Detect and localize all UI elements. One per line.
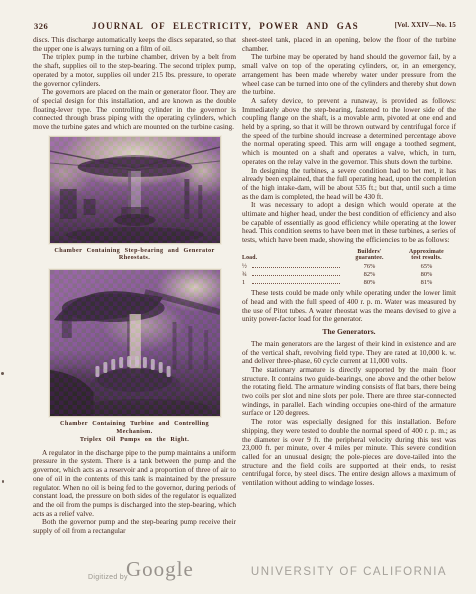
machinery-illustration	[50, 270, 220, 416]
column-header-load: Load.	[242, 255, 342, 261]
dotted-leader	[252, 283, 340, 284]
paragraph: The governors are placed on the main or …	[33, 88, 236, 132]
left-column: discs. This discharge automatically keep…	[33, 36, 236, 536]
figure2-caption: Chamber Containing Turbine and Controlli…	[49, 420, 221, 435]
journal-title: JOURNAL OF ELECTRICITY, POWER AND GAS	[70, 21, 381, 31]
load-value: 1	[242, 279, 252, 286]
result-value: 81%	[397, 279, 456, 286]
column-header-guarantee: Builders' guarantee.	[342, 249, 397, 262]
figure-step-bearing-chamber: Chamber Containing Step-bearing and Gene…	[49, 136, 221, 262]
column-header-results: Approximate test results.	[397, 249, 456, 262]
right-column: sheet-steel tank, placed in an opening, …	[242, 36, 456, 488]
load-value: ½	[242, 263, 252, 270]
page-number: 326	[34, 21, 48, 31]
section-heading-generators: The Generators.	[242, 328, 456, 337]
paragraph: A safety device, to prevent a runaway, i…	[242, 97, 456, 167]
scan-speck	[2, 480, 4, 483]
guarantee-value: 82%	[342, 271, 397, 278]
scan-speck	[1, 372, 4, 375]
paragraph: In designing the turbines, a severe cond…	[242, 167, 456, 202]
paragraph: The rotor was especially designed for th…	[242, 418, 456, 488]
digitized-by-label: Digitized by	[88, 574, 128, 581]
efficiency-table: Load. Builders' guarantee. Approximate t…	[242, 249, 456, 286]
guarantee-value: 80%	[342, 279, 397, 286]
paragraph: The triplex pump in the turbine chamber,…	[33, 53, 236, 88]
dotted-leader	[252, 275, 340, 276]
result-value: 65%	[397, 263, 456, 270]
step-bearing-chamber-photo	[49, 136, 221, 244]
figure1-caption: Chamber Containing Step-bearing and Gene…	[49, 247, 221, 262]
load-value: ¾	[242, 271, 252, 278]
paragraph: A regulator in the discharge pipe to the…	[33, 449, 236, 519]
machinery-illustration	[50, 137, 220, 243]
paragraph: sheet-steel tank, placed in an opening, …	[242, 36, 456, 53]
figure2-subcaption: Triplex Oil Pumps on the Right.	[49, 436, 221, 444]
dotted-leader	[252, 267, 340, 268]
paragraph: These tests could be made only while ope…	[242, 289, 456, 324]
paragraph: The main generators are the largest of t…	[242, 340, 456, 366]
google-watermark: Google	[126, 557, 194, 582]
journal-page: 326 JOURNAL OF ELECTRICITY, POWER AND GA…	[0, 0, 476, 594]
table-row: ½ 76% 65%	[242, 263, 456, 270]
paragraph: Both the governor pump and the step-bear…	[33, 518, 236, 535]
paragraph: The stationary armature is directly supp…	[242, 366, 456, 418]
figure-turbine-chamber: Chamber Containing Turbine and Controlli…	[49, 269, 221, 444]
library-stamp: UNIVERSITY OF CALIFORNIA	[242, 566, 456, 578]
volume-issue: [Vol. XXIV—No. 15	[395, 22, 456, 29]
table-row: ¾ 82% 80%	[242, 271, 456, 278]
table-row: 1 80% 81%	[242, 279, 456, 286]
guarantee-value: 76%	[342, 263, 397, 270]
efficiency-table-header: Load. Builders' guarantee. Approximate t…	[242, 249, 456, 262]
paragraph: discs. This discharge automatically keep…	[33, 36, 236, 53]
turbine-chamber-photo	[49, 269, 221, 417]
result-value: 80%	[397, 271, 456, 278]
paragraph: It was necessary to adopt a design which…	[242, 201, 456, 245]
paragraph: The turbine may be operated by hand shou…	[242, 53, 456, 97]
